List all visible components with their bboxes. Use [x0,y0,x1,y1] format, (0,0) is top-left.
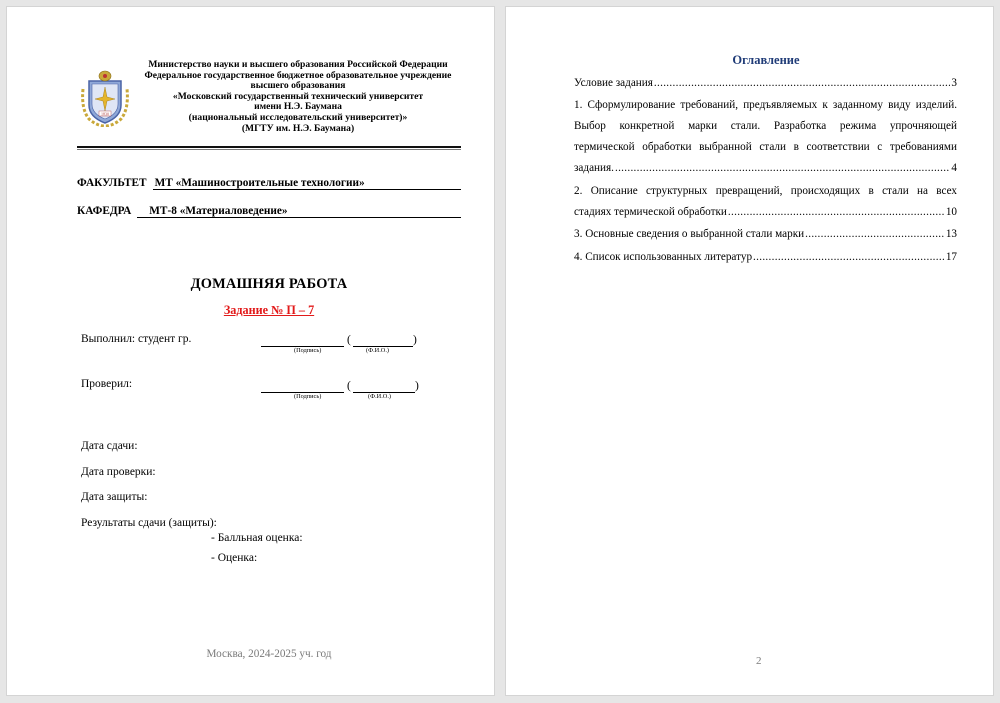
results-label: Результаты сдачи (защиты): [81,517,217,529]
defense-date-label: Дата защиты: [81,491,147,503]
fio-caption: (Ф.И.О.) [368,393,391,400]
faculty-value: МТ «Машиностроительные технологии» [153,177,461,190]
toc-entry-line: термической обработки выбранной стали в … [574,137,957,158]
toc-leader-dots [615,158,950,179]
toc-entry[interactable]: Условие задания 3 [574,73,957,94]
faculty-label: ФАКУЛЬТЕТ [77,177,147,189]
toc-entry-text: Условие задания [574,73,653,94]
university-crest-icon: 1830 [79,69,131,127]
signature-line [261,334,344,347]
toc-entry-text: задания. [574,158,614,179]
grade-label: - Оценка: [211,552,257,564]
score-label: - Балльная оценка: [211,532,303,544]
toc-entry-page: 17 [946,247,957,268]
toc-entry[interactable]: 4. Список использованных литератур 17 [574,247,957,268]
fio-close-paren: ) [413,334,417,346]
header-line: (МГТУ им. Н.Э. Баумана) [135,124,461,135]
title-page: 1830 Министерство науки и высшего образо… [7,7,494,695]
department-value: МТ-8 «Материаловедение» [137,205,461,218]
header-line: Министерство науки и высшего образования… [135,60,461,71]
fio-open-paren: ( [347,380,351,392]
header-line: (национальный исследовательский универси… [135,113,461,124]
toc-entry-text: 4. Список использованных литератур [574,247,752,268]
submission-date-label: Дата сдачи: [81,440,138,452]
review-date-label: Дата проверки: [81,466,156,478]
task-number: Задание № П – 7 [77,303,461,318]
toc-leader-dots [805,224,945,245]
toc-leader-dots [654,73,950,94]
toc-entry-text: 3. Основные сведения о выбранной стали м… [574,224,804,245]
faculty-line: ФАКУЛЬТЕТ МТ «Машиностроительные техноло… [77,177,461,190]
checked-by-label: Проверил: [81,378,132,390]
signature-line [261,380,344,393]
fio-close-paren: ) [415,380,419,392]
toc-entry-text: стадиях термической обработки [574,202,727,223]
department-line: КАФЕДРА МТ-8 «Материаловедение» [77,205,461,218]
performed-by-label: Выполнил: студент гр. [81,333,191,345]
toc-entry-line: 2. Описание структурных превращений, про… [574,181,957,202]
toc-entry-line: Выбор конкретной марки стали. Разработка… [574,116,957,137]
signature-caption: (Подпись) [294,347,321,354]
toc-entry-page: 4 [951,158,957,179]
university-header: Министерство науки и высшего образования… [135,60,461,134]
toc-entry-page: 10 [946,202,957,223]
toc-entry-line: 1. Сформулирование требований, предъявля… [574,95,957,116]
svg-text:1830: 1830 [101,111,109,116]
fio-open-paren: ( [347,334,351,346]
department-label: КАФЕДРА [77,205,131,217]
fio-line [353,380,415,393]
toc-entry[interactable]: 2. Описание структурных превращений, про… [574,181,957,223]
page-number: 2 [756,655,762,667]
toc-leader-dots [728,202,945,223]
toc-title: Оглавление [566,53,966,68]
fio-line [353,334,413,347]
header-divider [77,146,461,150]
toc-entry[interactable]: 1. Сформулирование требований, предъявля… [574,95,957,179]
fio-caption: (Ф.И.О.) [366,347,389,354]
toc-leader-dots [753,247,945,268]
toc-entry-page: 3 [951,73,957,94]
toc-entry[interactable]: 3. Основные сведения о выбранной стали м… [574,224,957,245]
contents-page: Оглавление Условие задания 3 1. Сформули… [506,7,993,695]
task-number-text: Задание № П – 7 [224,303,314,317]
signature-caption: (Подпись) [294,393,321,400]
city-year-footer: Москва, 2024-2025 уч. год [77,648,461,660]
toc-entry-page: 13 [946,224,957,245]
document-title: ДОМАШНЯЯ РАБОТА [77,276,461,293]
